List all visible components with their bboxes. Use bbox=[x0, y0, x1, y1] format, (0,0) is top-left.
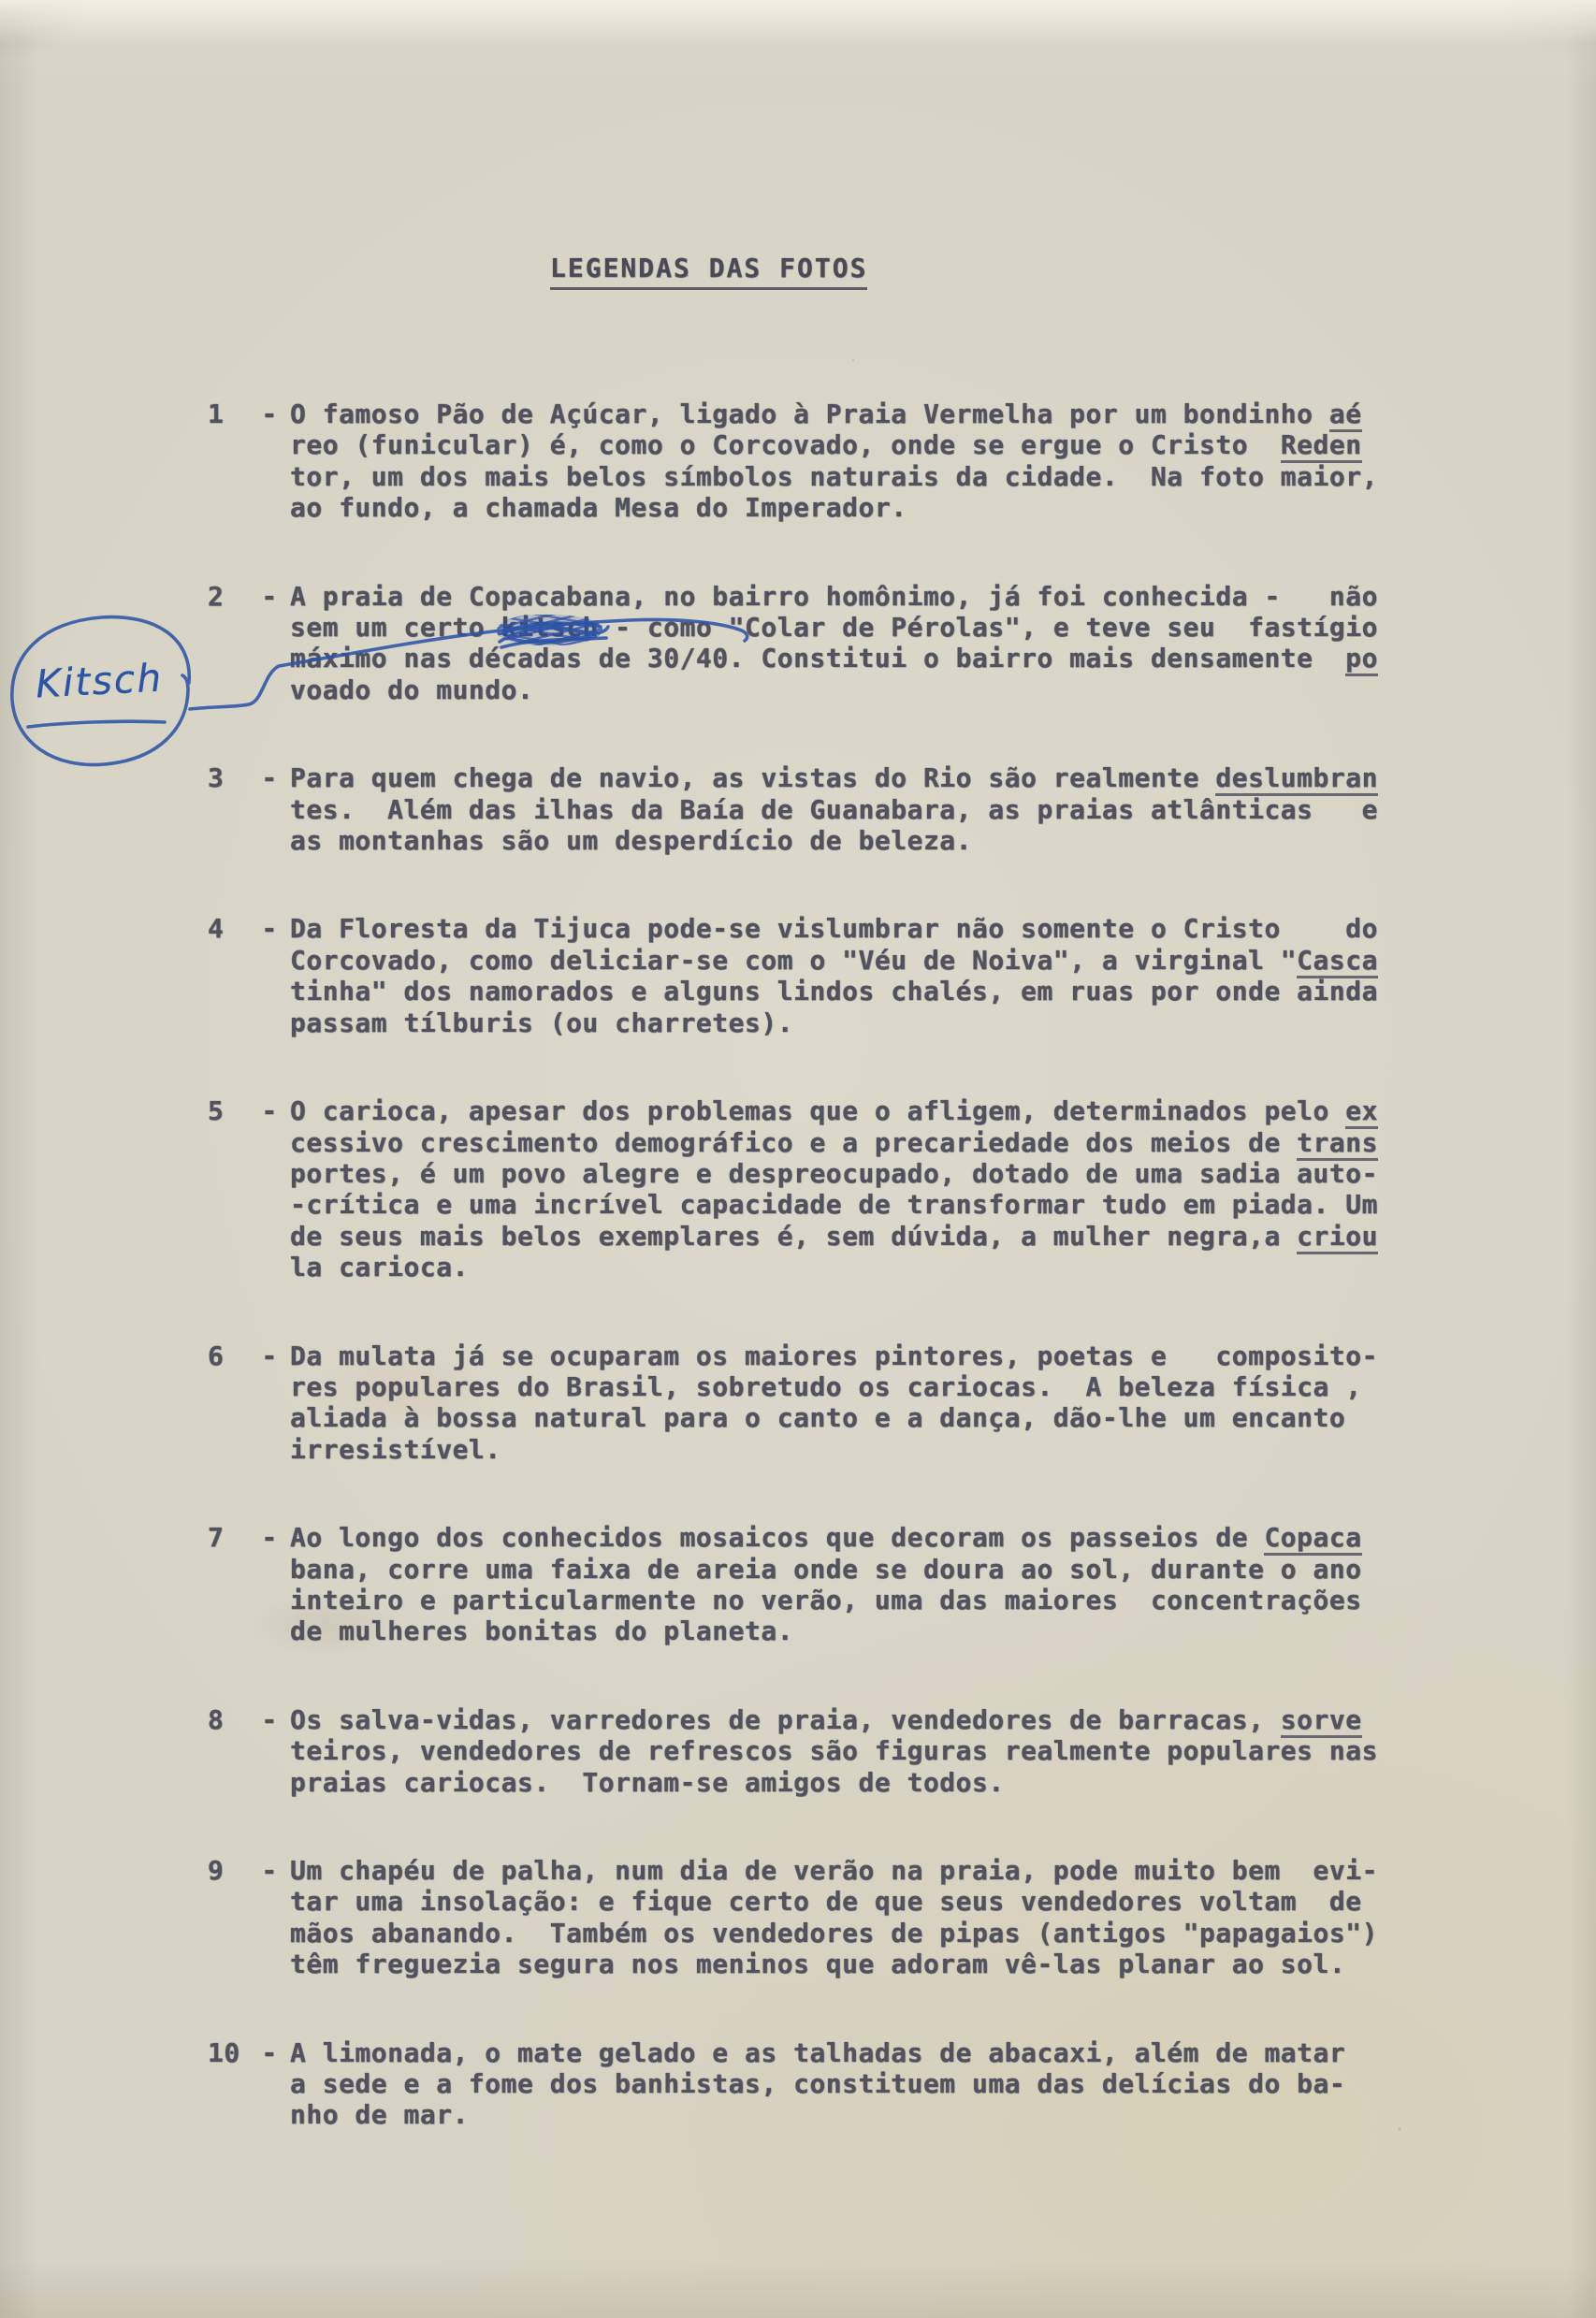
caption-line: tinha" dos namorados e alguns lindos cha… bbox=[290, 976, 1420, 1007]
caption-line: aliada à bossa natural para o canto e a … bbox=[290, 1402, 1420, 1433]
hyphen-continuation: Casca bbox=[1297, 945, 1378, 978]
caption-item: 5-O carioca, apesar dos problemas que o … bbox=[204, 1095, 1420, 1282]
text-segment: têm freguezia segura nos meninos que ado… bbox=[290, 1949, 1345, 1979]
text-segment: tar uma insolação: e fique certo de que … bbox=[290, 1886, 1362, 1917]
hyphen-continuation: Reden bbox=[1281, 429, 1362, 463]
text-segment: mãos abanando. Também os vendedores de p… bbox=[290, 1918, 1378, 1949]
item-number: 6 bbox=[204, 1340, 249, 1466]
text-segment: inteiro e particularmente no verão, uma … bbox=[290, 1585, 1362, 1615]
caption-line: Os salva-vidas, varredores de praia, ven… bbox=[290, 1704, 1420, 1735]
caption-line: nho de mar. bbox=[290, 2099, 1420, 2130]
caption-line: passam tílburis (ou charretes). bbox=[290, 1007, 1420, 1038]
caption-item: 2-A praia de Copacabana, no bairro homôn… bbox=[204, 581, 1420, 706]
caption-line: de mulheres bonitas do planeta. bbox=[290, 1615, 1420, 1646]
caption-line: a sede e a fome dos banhistas, constitue… bbox=[290, 2068, 1420, 2099]
item-dash: - bbox=[249, 1095, 290, 1282]
caption-line: Ao longo dos conhecidos mosaicos que dec… bbox=[290, 1522, 1420, 1553]
item-number: 7 bbox=[204, 1522, 249, 1647]
caption-line: sem um certo kitsch - como "Colar de Pér… bbox=[290, 612, 1420, 643]
text-segment: -crítica e uma incrível capacidade de tr… bbox=[290, 1189, 1378, 1220]
text-segment: la carioca. bbox=[290, 1252, 469, 1282]
caption-list: 1-O famoso Pão de Açúcar, ligado à Praia… bbox=[204, 398, 1420, 2188]
item-dash: - bbox=[249, 398, 290, 524]
caption-text: A limonada, o mate gelado e as talhadas … bbox=[290, 2037, 1420, 2131]
caption-line: O famoso Pão de Açúcar, ligado à Praia V… bbox=[290, 398, 1420, 429]
caption-line: têm freguezia segura nos meninos que ado… bbox=[290, 1949, 1420, 1979]
text-segment: as montanhas são um desperdício de belez… bbox=[290, 825, 972, 856]
caption-line: reo (funicular) é, como o Corcovado, ond… bbox=[290, 429, 1420, 460]
caption-item: 3-Para quem chega de navio, as vistas do… bbox=[204, 762, 1420, 856]
text-segment: nho de mar. bbox=[290, 2099, 469, 2130]
text-segment: sem um certo bbox=[290, 612, 501, 643]
caption-line: tes. Além das ilhas da Baía de Guanabara… bbox=[290, 794, 1420, 825]
text-segment: a sede e a fome dos banhistas, constitue… bbox=[290, 2068, 1345, 2099]
item-dash: - bbox=[249, 581, 290, 706]
caption-line: voado do mundo. bbox=[290, 674, 1420, 705]
item-number: 3 bbox=[204, 762, 249, 856]
handwritten-kitsch-word: Kitsch bbox=[35, 655, 165, 706]
caption-text: Da mulata já se ocuparam os maiores pint… bbox=[290, 1340, 1420, 1466]
caption-line: A praia de Copacabana, no bairro homônim… bbox=[290, 581, 1420, 612]
caption-item: 1-O famoso Pão de Açúcar, ligado à Praia… bbox=[204, 398, 1420, 524]
text-segment: teiros, vendedores de refrescos são figu… bbox=[290, 1735, 1378, 1766]
text-segment: ao fundo, a chamada Mesa do Imperador. bbox=[290, 492, 907, 523]
hyphen-continuation: aé bbox=[1329, 398, 1362, 432]
item-dash: - bbox=[249, 1522, 290, 1647]
caption-text: Um chapéu de palha, num dia de verão na … bbox=[290, 1855, 1420, 1980]
text-segment: passam tílburis (ou charretes). bbox=[290, 1007, 793, 1038]
caption-item: 6-Da mulata já se ocuparam os maiores pi… bbox=[204, 1340, 1420, 1466]
text-segment: bana, corre uma faixa de areia onde se d… bbox=[290, 1554, 1362, 1585]
text-segment: de seus mais belos exemplares é, sem dúv… bbox=[290, 1221, 1297, 1252]
kitsch-underline-stroke bbox=[28, 721, 165, 727]
caption-line: la carioca. bbox=[290, 1252, 1420, 1282]
item-number: 10 bbox=[204, 2037, 249, 2131]
text-segment: praias cariocas. Tornam-se amigos de tod… bbox=[290, 1767, 1005, 1798]
caption-line: de seus mais belos exemplares é, sem dúv… bbox=[290, 1221, 1420, 1252]
caption-line: A limonada, o mate gelado e as talhadas … bbox=[290, 2037, 1420, 2068]
caption-line: praias cariocas. Tornam-se amigos de tod… bbox=[290, 1767, 1420, 1798]
text-segment: - como "Colar de Pérolas", e teve seu fa… bbox=[599, 612, 1378, 643]
caption-text: Ao longo dos conhecidos mosaicos que dec… bbox=[290, 1522, 1420, 1647]
text-segment: A praia de Copacabana, no bairro homônim… bbox=[290, 581, 1378, 612]
text-segment: irresistível. bbox=[290, 1434, 501, 1465]
item-dash: - bbox=[249, 1340, 290, 1466]
caption-text: O carioca, apesar dos problemas que o af… bbox=[290, 1095, 1420, 1282]
item-dash: - bbox=[249, 762, 290, 856]
text-segment: Ao longo dos conhecidos mosaicos que dec… bbox=[290, 1522, 1264, 1553]
text-segment: tor, um dos mais belos símbolos naturais… bbox=[290, 461, 1378, 492]
scribbled-word: kitsch bbox=[501, 612, 599, 643]
caption-line: máximo nas décadas de 30/40. Constitui o… bbox=[290, 643, 1420, 674]
caption-line: res populares do Brasil, sobretudo os ca… bbox=[290, 1371, 1420, 1402]
caption-line: inteiro e particularmente no verão, uma … bbox=[290, 1585, 1420, 1615]
caption-line: -crítica e uma incrível capacidade de tr… bbox=[290, 1189, 1420, 1220]
item-number: 2 bbox=[204, 581, 249, 706]
item-number: 8 bbox=[204, 1704, 249, 1798]
hyphen-continuation: po bbox=[1345, 643, 1378, 676]
text-segment: portes, é um povo alegre e despreocupado… bbox=[290, 1158, 1378, 1189]
hyphen-continuation: criou bbox=[1297, 1221, 1378, 1254]
caption-line: tor, um dos mais belos símbolos naturais… bbox=[290, 461, 1420, 492]
text-segment: tes. Além das ilhas da Baía de Guanabara… bbox=[290, 794, 1378, 825]
caption-text: Para quem chega de navio, as vistas do R… bbox=[290, 762, 1420, 856]
caption-item: 10-A limonada, o mate gelado e as talhad… bbox=[204, 2037, 1420, 2131]
item-dash: - bbox=[249, 2037, 290, 2131]
caption-line: Da Floresta da Tijuca pode-se vislumbrar… bbox=[290, 913, 1420, 944]
text-segment: Para quem chega de navio, as vistas do R… bbox=[290, 762, 1215, 793]
text-segment: Da mulata já se ocuparam os maiores pint… bbox=[290, 1340, 1378, 1371]
caption-item: 9-Um chapéu de palha, num dia de verão n… bbox=[204, 1855, 1420, 1980]
item-number: 1 bbox=[204, 398, 249, 524]
caption-text: A praia de Copacabana, no bairro homônim… bbox=[290, 581, 1420, 706]
caption-line: as montanhas são um desperdício de belez… bbox=[290, 825, 1420, 856]
caption-line: tar uma insolação: e fique certo de que … bbox=[290, 1886, 1420, 1917]
text-segment: máximo nas décadas de 30/40. Constitui o… bbox=[290, 643, 1345, 674]
text-segment: Corcovado, como deliciar-se com o "Véu d… bbox=[290, 945, 1297, 976]
hyphen-continuation: Copaca bbox=[1264, 1522, 1361, 1556]
item-dash: - bbox=[249, 1704, 290, 1798]
caption-line: O carioca, apesar dos problemas que o af… bbox=[290, 1095, 1420, 1126]
text-segment: tinha" dos namorados e alguns lindos cha… bbox=[290, 976, 1378, 1007]
caption-text: Os salva-vidas, varredores de praia, ven… bbox=[290, 1704, 1420, 1798]
hyphen-continuation: deslumbran bbox=[1215, 762, 1378, 796]
text-segment: Os salva-vidas, varredores de praia, ven… bbox=[290, 1704, 1281, 1735]
scanned-typewritten-page: { "title": "LEGENDAS DAS FOTOS", "list":… bbox=[0, 0, 1596, 2318]
caption-line: portes, é um povo alegre e despreocupado… bbox=[290, 1158, 1420, 1189]
caption-line: mãos abanando. Também os vendedores de p… bbox=[290, 1918, 1420, 1949]
caption-line: ao fundo, a chamada Mesa do Imperador. bbox=[290, 492, 1420, 523]
text-segment: de mulheres bonitas do planeta. bbox=[290, 1615, 793, 1646]
text-segment: O carioca, apesar dos problemas que o af… bbox=[290, 1095, 1345, 1126]
item-dash: - bbox=[249, 1855, 290, 1980]
caption-item: 7-Ao longo dos conhecidos mosaicos que d… bbox=[204, 1522, 1420, 1647]
caption-line: Um chapéu de palha, num dia de verão na … bbox=[290, 1855, 1420, 1886]
caption-item: 8-Os salva-vidas, varredores de praia, v… bbox=[204, 1704, 1420, 1798]
caption-line: cessivo crescimento demográfico e a prec… bbox=[290, 1127, 1420, 1158]
text-segment: Da Floresta da Tijuca pode-se vislumbrar… bbox=[290, 913, 1378, 944]
caption-line: irresistível. bbox=[290, 1434, 1420, 1465]
item-number: 9 bbox=[204, 1855, 249, 1980]
caption-line: teiros, vendedores de refrescos são figu… bbox=[290, 1735, 1420, 1766]
caption-text: O famoso Pão de Açúcar, ligado à Praia V… bbox=[290, 398, 1420, 524]
caption-line: Da mulata já se ocuparam os maiores pint… bbox=[290, 1340, 1420, 1371]
text-segment: voado do mundo. bbox=[290, 674, 533, 705]
caption-line: Corcovado, como deliciar-se com o "Véu d… bbox=[290, 945, 1420, 976]
caption-item: 4-Da Floresta da Tijuca pode-se vislumbr… bbox=[204, 913, 1420, 1038]
item-number: 5 bbox=[204, 1095, 249, 1282]
item-number: 4 bbox=[204, 913, 249, 1038]
hyphen-continuation: sorve bbox=[1281, 1704, 1362, 1738]
text-segment: Um chapéu de palha, num dia de verão na … bbox=[290, 1855, 1378, 1886]
text-segment: O famoso Pão de Açúcar, ligado à Praia V… bbox=[290, 398, 1329, 429]
item-dash: - bbox=[249, 913, 290, 1038]
hyphen-continuation: trans bbox=[1297, 1127, 1378, 1161]
caption-line: Para quem chega de navio, as vistas do R… bbox=[290, 762, 1420, 793]
page-title: LEGENDAS DAS FOTOS bbox=[550, 253, 867, 290]
hyphen-continuation: ex bbox=[1345, 1095, 1378, 1129]
text-segment: aliada à bossa natural para o canto e a … bbox=[290, 1402, 1345, 1433]
text-segment: reo (funicular) é, como o Corcovado, ond… bbox=[290, 429, 1281, 460]
caption-text: Da Floresta da Tijuca pode-se vislumbrar… bbox=[290, 913, 1420, 1038]
caption-line: bana, corre uma faixa de areia onde se d… bbox=[290, 1554, 1420, 1585]
text-segment: res populares do Brasil, sobretudo os ca… bbox=[290, 1371, 1362, 1402]
text-segment: cessivo crescimento demográfico e a prec… bbox=[290, 1127, 1297, 1158]
text-segment: A limonada, o mate gelado e as talhadas … bbox=[290, 2037, 1345, 2068]
